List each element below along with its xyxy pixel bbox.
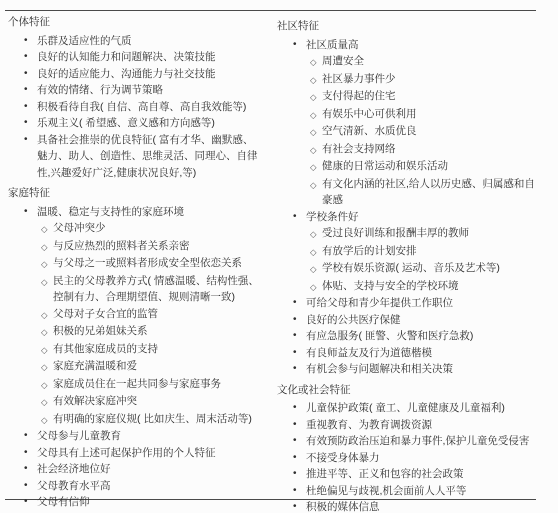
bullet-dot-icon: • [293,483,306,500]
bullet-dot-icon: • [24,33,37,50]
list-item-text: 有效预防政治压迫和暴力事件,保护儿童免受侵害 [306,433,539,450]
sub-list-item: ◇社区暴力事件少 [277,71,539,89]
sub-list-item: ◇家庭充满温暖和爱 [8,358,261,376]
list-item-text: 良好的适应能力、沟通能力与社交技能 [37,66,261,83]
list-item: •有机会参与问题解决和相关决策 [277,361,539,378]
bullet-dot-icon: • [24,66,37,83]
section-community-traits: 社区特征 •社区质量高◇周遭安全◇社区暴力事件少◇支付得起的住宅◇有娱乐中心可供… [277,18,539,378]
diamond-bullet-icon: ◇ [310,53,322,71]
list-item: •良好的认知能力和问题解决、决策技能 [8,49,261,66]
diamond-bullet-icon: ◇ [310,88,322,106]
list-item-text: 可给父母和青少年提供工作职位 [306,295,539,312]
sub-list-item: ◇家庭成员住在一起共同参与家庭事务 [8,376,261,394]
bullet-dot-icon: • [24,461,37,478]
list-item: •积极看待自我( 自信、高自尊、高自我效能等) [8,99,261,116]
diamond-bullet-icon: ◇ [41,411,53,429]
diamond-bullet-icon: ◇ [41,358,53,376]
list-item-text: 有机会参与问题解决和相关决策 [306,361,539,378]
list-item: •学校条件好 [277,209,539,226]
left-column: 个体特征 •乐群及适应性的气质•良好的认知能力和问题解决、决策技能•良好的适应能… [8,14,261,511]
diamond-bullet-icon: ◇ [41,255,53,273]
sub-list-item-text: 有文化内涵的社区,给人以历史感、归属感和自豪感 [322,176,539,209]
list-item: •父母参与儿童教育 [8,428,261,445]
section-list: •社区质量高◇周遭安全◇社区暴力事件少◇支付得起的住宅◇有娱乐中心可供利用◇空气… [277,37,539,378]
list-item-text: 推进平等、正义和包容的社会政策 [306,466,539,483]
sub-list-item: ◇民主的父母教养方式( 情感温暖、结构性强、控制有力、合理期望值、规则清晰一致) [8,273,261,306]
bullet-dot-icon: • [293,499,306,513]
bullet-dot-icon: • [293,345,306,362]
sub-list-item-text: 父母对子女合宜的监管 [53,306,261,324]
document-page: 个体特征 •乐群及适应性的气质•良好的认知能力和问题解决、决策技能•良好的适应能… [0,0,558,513]
diamond-bullet-icon: ◇ [41,341,53,359]
diamond-bullet-icon: ◇ [310,176,322,209]
list-item-text: 父母有信仰 [37,494,261,511]
sub-list-item-text: 父母冲突少 [53,220,261,238]
sub-list-item-text: 有其他家庭成员的支持 [53,341,261,359]
bullet-dot-icon: • [24,132,37,182]
list-item-text: 杜绝偏见与歧视,机会面前人人平等 [306,483,539,500]
bullet-dot-icon: • [293,400,306,417]
section-family-traits: 家庭特征 •温暖、稳定与支持性的家庭环境◇父母冲突少◇与反应热烈的照料者关系亲密… [8,185,261,511]
section-individual-traits: 个体特征 •乐群及适应性的气质•良好的认知能力和问题解决、决策技能•良好的适应能… [8,14,261,181]
sub-list-item-text: 健康的日常运动和娱乐活动 [322,158,539,176]
sub-list-item: ◇积极的兄弟姐妹关系 [8,323,261,341]
bullet-dot-icon: • [24,428,37,445]
diamond-bullet-icon: ◇ [310,243,322,261]
list-item: •父母具有上述可起保护作用的个人特征 [8,445,261,462]
sub-list-item: ◇受过良好训练和报酬丰厚的教师 [277,225,539,243]
sub-list-item-text: 有娱乐中心可供利用 [322,106,539,124]
sub-list-item-text: 体贴、支持与安全的学校环境 [322,278,539,296]
sub-list-item: ◇有其他家庭成员的支持 [8,341,261,359]
bullet-dot-icon: • [293,295,306,312]
sub-list-item-text: 社区暴力事件少 [322,71,539,89]
bullet-dot-icon: • [24,204,37,221]
bullet-dot-icon: • [293,37,306,54]
list-item-text: 良好的认知能力和问题解决、决策技能 [37,49,261,66]
section-title: 文化或社会特征 [277,382,539,399]
list-item-text: 温暖、稳定与支持性的家庭环境 [37,204,261,221]
sub-list-item: ◇有文化内涵的社区,给人以历史感、归属感和自豪感 [277,176,539,209]
sub-list-item-text: 家庭成员住在一起共同参与家庭事务 [53,376,261,394]
section-title: 社区特征 [277,18,539,35]
sub-list-item-text: 空气清新、水质优良 [322,123,539,141]
sub-list-item: ◇有放学后的计划安排 [277,243,539,261]
bullet-dot-icon: • [24,115,37,132]
sub-list-item: ◇父母冲突少 [8,220,261,238]
diamond-bullet-icon: ◇ [310,106,322,124]
sub-list-item-text: 有放学后的计划安排 [322,243,539,261]
bullet-dot-icon: • [24,478,37,495]
list-item: •乐群及适应性的气质 [8,33,261,50]
sub-list-item-text: 周遭安全 [322,53,539,71]
bullet-dot-icon: • [293,466,306,483]
list-item: •积极的媒体信息 [277,499,539,513]
diamond-bullet-icon: ◇ [310,225,322,243]
diamond-bullet-icon: ◇ [310,123,322,141]
list-item: •有应急服务( 匪警、火警和医疗急救) [277,328,539,345]
sub-list-item-text: 与父母之一或照料者形成安全型依恋关系 [53,255,261,273]
list-item-text: 重视教育、为教育调拨资源 [306,417,539,434]
sub-list-item: ◇与反应热烈的照料者关系亲密 [8,238,261,256]
section-list: •儿童保护政策( 童工、儿童健康及儿童福利)•重视教育、为教育调拨资源•有效预防… [277,400,539,513]
bullet-dot-icon: • [24,99,37,116]
list-item: •不接受身体暴力 [277,450,539,467]
right-column: 社区特征 •社区质量高◇周遭安全◇社区暴力事件少◇支付得起的住宅◇有娱乐中心可供… [277,18,539,513]
list-item-text: 父母参与儿童教育 [37,428,261,445]
list-item: •良好的适应能力、沟通能力与社交技能 [8,66,261,83]
sub-list-item-text: 积极的兄弟姐妹关系 [53,323,261,341]
sub-list-item-text: 受过良好训练和报酬丰厚的教师 [322,225,539,243]
bullet-dot-icon: • [293,361,306,378]
list-item: •乐观主义( 希望感、意义感和方向感等) [8,115,261,132]
list-item-text: 学校条件好 [306,209,539,226]
list-item: •具备社会推崇的优良特征( 富有才华、幽默感、魅力、助人、创造性、思维灵活、同理… [8,132,261,182]
diamond-bullet-icon: ◇ [41,238,53,256]
top-rule [5,10,536,11]
sub-list-item-text: 民主的父母教养方式( 情感温暖、结构性强、控制有力、合理期望值、规则清晰一致) [53,273,261,306]
list-item-text: 积极的媒体信息 [306,499,539,513]
diamond-bullet-icon: ◇ [310,260,322,278]
list-item: •社会经济地位好 [8,461,261,478]
sub-list-item: ◇周遭安全 [277,53,539,71]
list-item: •推进平等、正义和包容的社会政策 [277,466,539,483]
bullet-dot-icon: • [293,328,306,345]
list-item: •有良师益友及行为道德楷模 [277,345,539,362]
sub-list-item: ◇体贴、支持与安全的学校环境 [277,278,539,296]
list-item: •有效的情绪、行为调节策略 [8,82,261,99]
section-cultural-traits: 文化或社会特征 •儿童保护政策( 童工、儿童健康及儿童福利)•重视教育、为教育调… [277,382,539,513]
sub-list-item-text: 与反应热烈的照料者关系亲密 [53,238,261,256]
list-item: •父母有信仰 [8,494,261,511]
bullet-dot-icon: • [293,209,306,226]
bullet-dot-icon: • [24,494,37,511]
sub-list-item-text: 有明确的家庭仪规( 比如庆生、周末活动等) [53,411,261,429]
list-item: •儿童保护政策( 童工、儿童健康及儿童福利) [277,400,539,417]
sub-list-item: ◇学校有娱乐资源( 运动、音乐及艺术等) [277,260,539,278]
bullet-dot-icon: • [293,450,306,467]
diamond-bullet-icon: ◇ [41,306,53,324]
sub-list-item: ◇有效解决家庭冲突 [8,393,261,411]
list-item-text: 父母具有上述可起保护作用的个人特征 [37,445,261,462]
section-list: •乐群及适应性的气质•良好的认知能力和问题解决、决策技能•良好的适应能力、沟通能… [8,33,261,182]
bullet-dot-icon: • [24,49,37,66]
diamond-bullet-icon: ◇ [41,273,53,306]
list-item-text: 儿童保护政策( 童工、儿童健康及儿童福利) [306,400,539,417]
list-item: •温暖、稳定与支持性的家庭环境 [8,204,261,221]
list-item: •有效预防政治压迫和暴力事件,保护儿童免受侵害 [277,433,539,450]
diamond-bullet-icon: ◇ [310,278,322,296]
bullet-dot-icon: • [24,82,37,99]
section-list: •温暖、稳定与支持性的家庭环境◇父母冲突少◇与反应热烈的照料者关系亲密◇与父母之… [8,204,261,511]
sub-list-item: ◇空气清新、水质优良 [277,123,539,141]
bullet-dot-icon: • [293,312,306,329]
list-item-text: 积极看待自我( 自信、高自尊、高自我效能等) [37,99,261,116]
diamond-bullet-icon: ◇ [41,393,53,411]
list-item-text: 不接受身体暴力 [306,450,539,467]
list-item-text: 乐观主义( 希望感、意义感和方向感等) [37,115,261,132]
sub-list-item: ◇有娱乐中心可供利用 [277,106,539,124]
list-item-text: 有效的情绪、行为调节策略 [37,82,261,99]
diamond-bullet-icon: ◇ [310,158,322,176]
list-item-text: 乐群及适应性的气质 [37,33,261,50]
bullet-dot-icon: • [293,433,306,450]
sub-list-item-text: 家庭充满温暖和爱 [53,358,261,376]
sub-list-item: ◇有明确的家庭仪规( 比如庆生、周末活动等) [8,411,261,429]
diamond-bullet-icon: ◇ [41,323,53,341]
list-item: •社区质量高 [277,37,539,54]
list-item-text: 具备社会推崇的优良特征( 富有才华、幽默感、魅力、助人、创造性、思维灵活、同理心… [37,132,261,182]
list-item: •可给父母和青少年提供工作职位 [277,295,539,312]
list-item: •杜绝偏见与歧视,机会面前人人平等 [277,483,539,500]
sub-list-item: ◇支付得起的住宅 [277,88,539,106]
list-item-text: 有良师益友及行为道德楷模 [306,345,539,362]
sub-list-item: ◇健康的日常运动和娱乐活动 [277,158,539,176]
bullet-dot-icon: • [293,417,306,434]
section-title: 家庭特征 [8,185,261,202]
section-title: 个体特征 [8,14,261,31]
list-item-text: 社区质量高 [306,37,539,54]
list-item: •良好的公共医疗保健 [277,312,539,329]
list-item: •父母教育水平高 [8,478,261,495]
sub-list-item-text: 有效解决家庭冲突 [53,393,261,411]
sub-list-item: ◇与父母之一或照料者形成安全型依恋关系 [8,255,261,273]
diamond-bullet-icon: ◇ [41,220,53,238]
diamond-bullet-icon: ◇ [41,376,53,394]
sub-list-item-text: 有社会支持网络 [322,141,539,159]
sub-list-item: ◇有社会支持网络 [277,141,539,159]
sub-list-item-text: 学校有娱乐资源( 运动、音乐及艺术等) [322,260,539,278]
list-item-text: 有应急服务( 匪警、火警和医疗急救) [306,328,539,345]
list-item-text: 父母教育水平高 [37,478,261,495]
list-item-text: 社会经济地位好 [37,461,261,478]
bullet-dot-icon: • [24,445,37,462]
diamond-bullet-icon: ◇ [310,71,322,89]
sub-list-item-text: 支付得起的住宅 [322,88,539,106]
list-item: •重视教育、为教育调拨资源 [277,417,539,434]
sub-list-item: ◇父母对子女合宜的监管 [8,306,261,324]
list-item-text: 良好的公共医疗保健 [306,312,539,329]
diamond-bullet-icon: ◇ [310,141,322,159]
